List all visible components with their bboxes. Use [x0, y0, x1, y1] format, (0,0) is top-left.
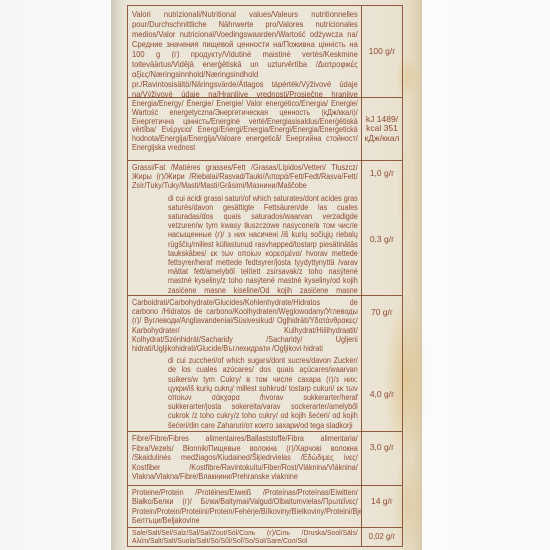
nutrient-value-cell: 100 g/г [362, 6, 402, 97]
nutrient-value-cell: 1,0 g/г 0,3 g/г [362, 161, 402, 295]
fat-label: Grassi/Fat /Matières grasses/Fett /Grasa… [132, 163, 358, 191]
carbohydrate-value: 70 g/г [362, 308, 402, 318]
table-row-fibre: Fibre/Fibre/Fibres alimentaires/Ballasts… [128, 432, 402, 486]
sugars-label: di cui zuccheri/of which sugars/dont suc… [132, 356, 358, 430]
table-row-protein: Proteine/Protein /Protéines/Eiweiß /Prot… [128, 486, 402, 528]
nutrition-table: Valori nutrizionali/Nutritional values/V… [127, 5, 403, 547]
nutrient-value-cell: 70 g/г 4,0 g/г [362, 296, 402, 431]
salt-value: 0,02 g/г [369, 532, 396, 542]
nutrient-label-cell: Sale/Salt/Sel/Salz/Sal/Sal/Zout/Sól/Соль… [128, 528, 362, 546]
fibre-label: Fibre/Fibre/Fibres alimentaires/Ballasts… [132, 434, 358, 482]
fat-value: 1,0 g/г [362, 169, 402, 179]
salt-label: Sale/Salt/Sel/Salz/Sal/Sal/Zout/Sól/Соль… [132, 529, 358, 545]
energy-value: kJ 1489/ kcal 351 кДж/ккал [365, 115, 400, 144]
table-row-header: Valori nutrizionali/Nutritional values/V… [128, 6, 402, 98]
nutrient-label-cell: Grassi/Fat /Matières grasses/Fett /Grasa… [128, 161, 362, 295]
table-row-carbohydrate: Carboidrati/Carbohydrate/Glucides/Kohlen… [128, 296, 402, 432]
table-row-salt: Sale/Salt/Sel/Salz/Sal/Sal/Zout/Sól/Соль… [128, 528, 402, 546]
table-row-fat: Grassi/Fat /Matières grasses/Fett /Grasa… [128, 161, 402, 296]
nutrient-label-cell: Proteine/Protein /Protéines/Eiweiß /Prot… [128, 486, 362, 527]
saturates-value: 0,3 g/г [362, 235, 402, 245]
protein-label: Proteine/Protein /Protéines/Eiweiß /Prot… [132, 488, 358, 526]
fibre-value: 3,0 g/г [370, 443, 394, 453]
energy-label: Energia/Energy/ Énergie/ Energie/ Valor … [132, 100, 358, 153]
nutrient-label-cell: Carboidrati/Carbohydrate/Glucides/Kohlen… [128, 296, 362, 431]
nutrient-label-cell: Valori nutrizionali/Nutritional values/V… [128, 6, 362, 97]
nutrient-value-cell: 3,0 g/г [362, 432, 402, 485]
nutrient-label-cell: Fibre/Fibre/Fibres alimentaires/Ballasts… [128, 432, 362, 485]
sugars-value: 4,0 g/г [362, 390, 402, 400]
protein-value: 14 g/г [371, 497, 393, 507]
nutrient-label-cell: Energia/Energy/ Énergie/ Energie/ Valor … [128, 98, 362, 160]
header-label: Valori nutrizionali/Nutritional values/V… [132, 9, 358, 97]
nutrient-value-cell: kJ 1489/ kcal 351 кДж/ккал [362, 98, 402, 160]
per-quantity-value: 100 g/г [369, 47, 396, 57]
photo-background: Valori nutrizionali/Nutritional values/V… [0, 0, 550, 550]
nutrient-value-cell: 0,02 g/г [362, 528, 402, 546]
carbohydrate-label: Carboidrati/Carbohydrate/Glucides/Kohlen… [132, 298, 358, 353]
nutrient-value-cell: 14 g/г [362, 486, 402, 527]
saturates-label: di cui acidi grassi saturi/of which satu… [132, 194, 358, 295]
table-row-energy: Energia/Energy/ Énergie/ Energie/ Valor … [128, 98, 402, 161]
